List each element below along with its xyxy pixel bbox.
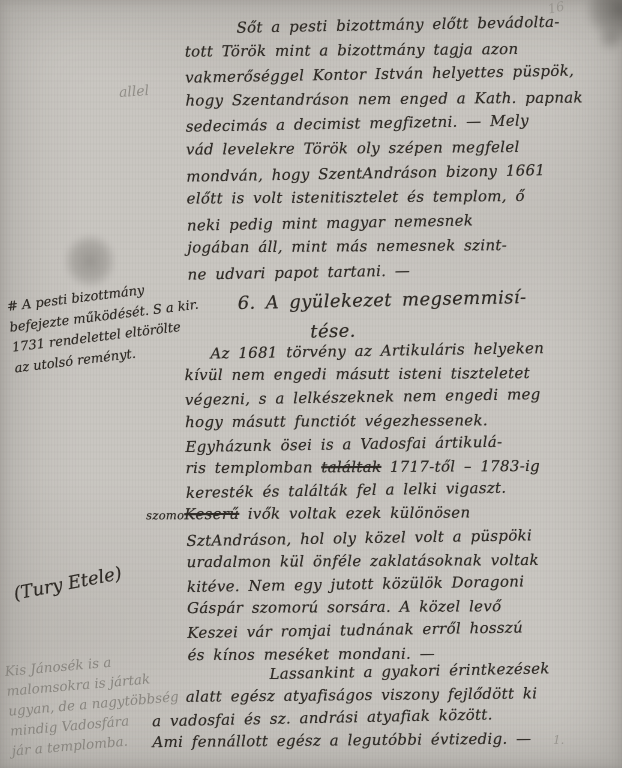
pencil-margin-word: allel xyxy=(118,83,149,101)
manuscript-line: végezni, s a lelkészeknek nem engedi meg xyxy=(185,383,545,412)
inserted-word: szomo xyxy=(146,509,184,523)
margin-note-pencil: Kis Jánosék is a malomsokra is jártak ug… xyxy=(4,645,212,762)
bottom-pencil-mark: 1. xyxy=(553,733,564,747)
line-text: 1717-től – 1783-ig xyxy=(381,457,540,476)
paragraph-2: Az 1681 törvény az Artikuláris helyeken … xyxy=(184,338,547,668)
manuscript-page: 16 allel Sőt a pesti bizottmány előtt be… xyxy=(0,0,622,768)
paragraph-1: Sőt a pesti bizottmány előtt bevádolta- … xyxy=(184,11,585,286)
margin-note-committee: # A pesti bizottmány befejezte működését… xyxy=(6,274,211,379)
manuscript-line: Ami fennállott egész a legutóbbi évtized… xyxy=(152,727,550,753)
ink-stain-top-right-small xyxy=(596,26,622,52)
section-heading-line1: 6. A gyülekezet megsemmisí- xyxy=(237,283,526,319)
paragraph-3: Lassankint a gyakori érintkezések alatt … xyxy=(185,658,550,753)
struck-out-word: találtak xyxy=(321,458,381,476)
ink-stain-top-right xyxy=(584,0,622,42)
margin-note-reference: (Tury Etele) xyxy=(12,563,124,605)
line-text: ris templomban xyxy=(186,458,322,477)
paper-stain-left xyxy=(63,233,117,289)
struck-out-word: Keserű xyxy=(184,505,239,523)
line-text: ivők voltak ezek különösen xyxy=(239,504,470,523)
